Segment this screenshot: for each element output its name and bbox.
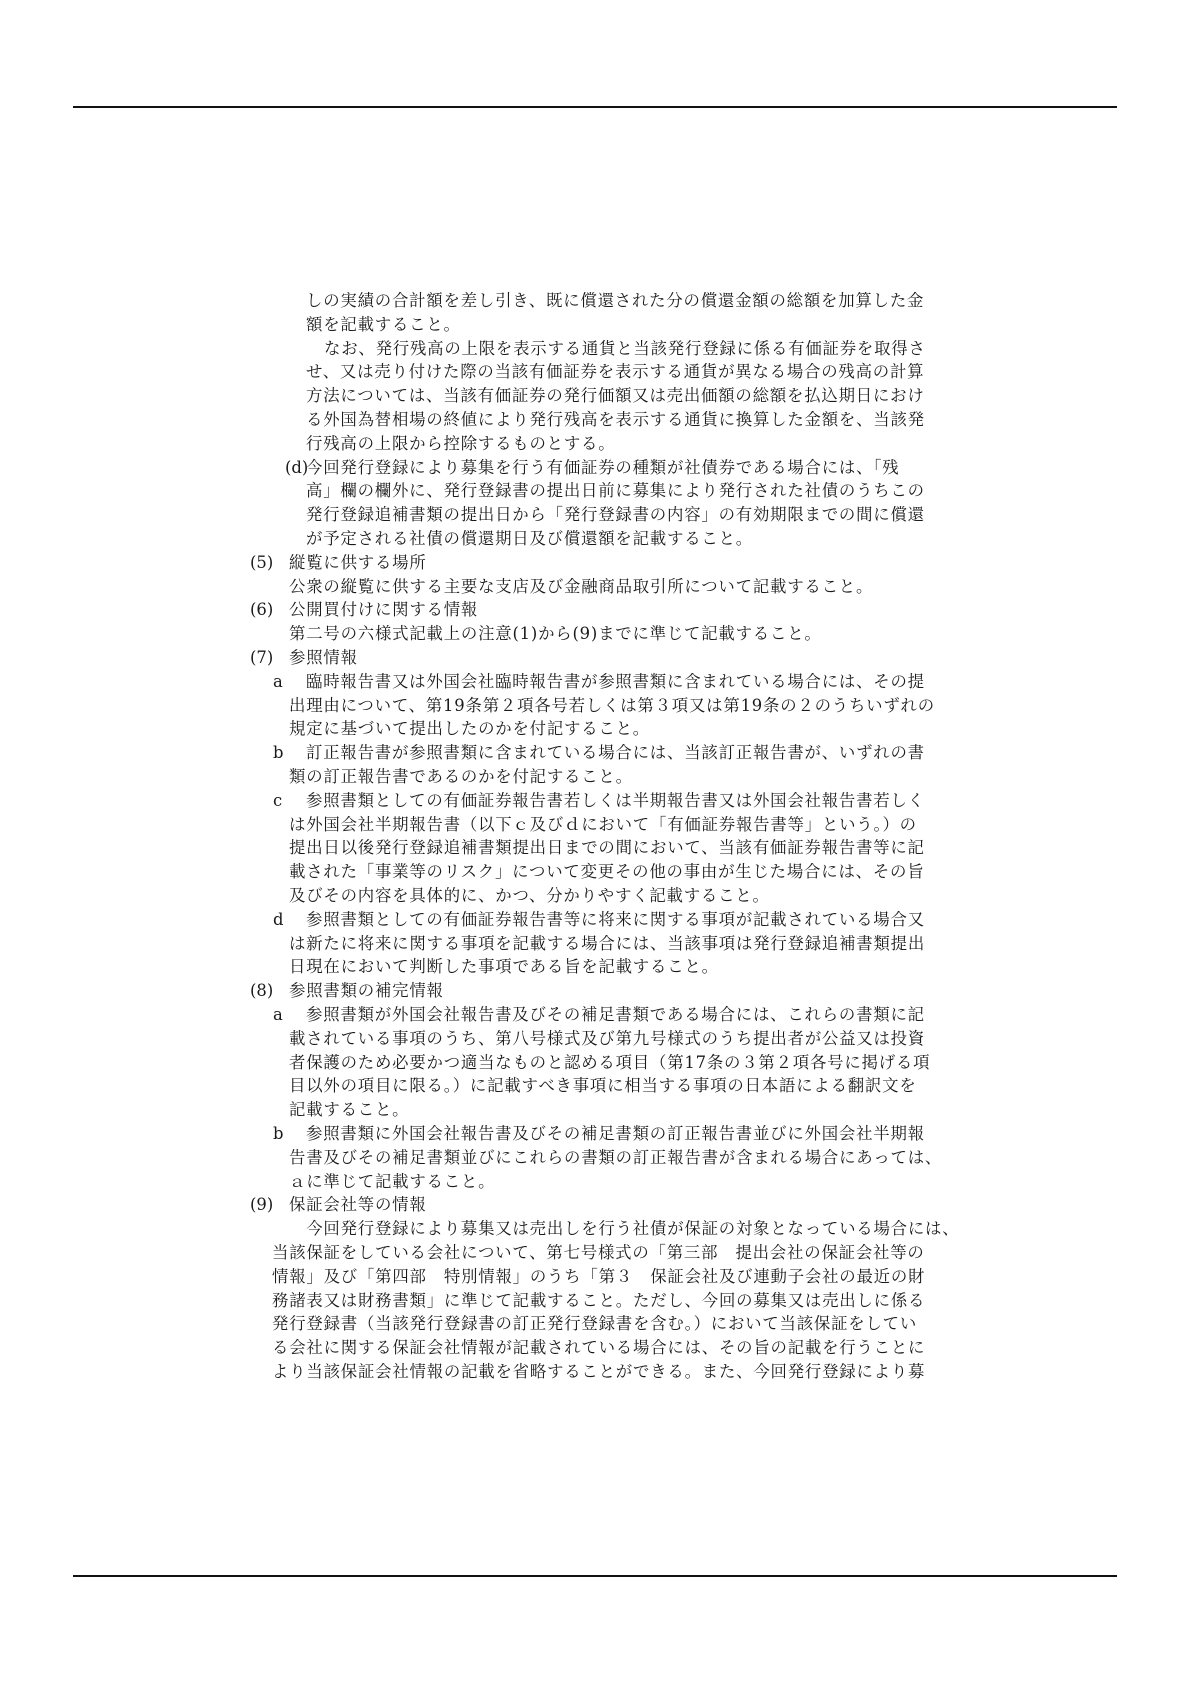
text-line: は外国会社半期報告書（以下ｃ及びｄにおいて「有価証券報告書等」という。）の [289,813,917,837]
text-line: る外国為替相場の終値により発行残高を表示する通貨に換算した金額を、当該発 [306,408,925,432]
text-line: が予定される社債の償還期日及び償還額を記載すること。 [306,527,753,551]
text-line: 参照書類が外国会社報告書及びその補足書類である場合には、これらの書類に記 [306,1003,925,1027]
text-line: 発行登録書（当該発行登録書の訂正発行登録書を含む。）において当該保証をしてい [272,1312,917,1336]
text-line: 高」欄の欄外に、発行登録書の提出日前に募集により発行された社債のうちこの [306,479,925,503]
header-rule [73,106,1117,108]
text-line: 提出日以後発行登録追補書類提出日までの間において、当該有価証券報告書等に記 [289,836,925,860]
text-line: 類の訂正報告書であるのかを付記すること。 [289,765,633,789]
text-line: は新たに将来に関する事項を記載する場合には、当該事項は発行登録追補書類提出 [289,932,925,956]
item-marker: (6) [250,598,273,622]
text-line: 参照書類としての有価証券報告書若しくは半期報告書又は外国会社報告書若しく [306,789,925,813]
item-marker: (5) [250,551,273,575]
text-line: る会社に関する保証会社情報が記載されている場合には、その旨の記載を行うことに [272,1336,925,1360]
text-line: 参照書類に外国会社報告書及びその補足書類の訂正報告書並びに外国会社半期報 [306,1122,925,1146]
item-marker: a [273,1003,283,1027]
text-line: 公衆の縦覧に供する主要な支店及び金融商品取引所について記載すること。 [289,575,873,599]
item-marker: b [273,741,284,765]
text-line: 日現在において判断した事項である旨を記載すること。 [289,955,719,979]
text-line: 訂正報告書が参照書類に含まれている場合には、当該訂正報告書が、いずれの書 [306,741,925,765]
text-line: 参照書類の補完情報 [289,979,444,1003]
text-line: 当該保証をしている会社について、第七号様式の「第三部 提出会社の保証会社等の [272,1241,925,1265]
text-line: 載されている事項のうち、第八号様式及び第九号様式のうち提出者が公益又は投資 [289,1027,925,1051]
text-line: 及びその内容を具体的に、かつ、分かりやすく記載すること。 [289,884,770,908]
text-line: 規定に基づいて提出したのかを付記すること。 [289,717,650,741]
text-line: 情報」及び「第四部 特別情報」のうち「第３ 保証会社及び連動子会社の最近の財 [272,1265,925,1289]
text-line: 出理由について、第19条第２項各号若しくは第３項又は第19条の２のうちいずれの [289,694,935,718]
text-line: 公開買付けに関する情報 [289,598,478,622]
text-line: 告書及びその補足書類並びにこれらの書類の訂正報告書が含まれる場合にあっては、 [289,1146,942,1170]
text-line: 保証会社等の情報 [289,1193,427,1217]
text-line: 参照情報 [289,646,358,670]
text-line: 臨時報告書又は外国会社臨時報告書が参照書類に含まれている場合には、その提 [306,670,925,694]
text-line: 額を記載すること。 [306,313,461,337]
text-line: 載された「事業等のリスク」について変更その他の事由が生じた場合には、その旨 [289,860,924,884]
text-line: より当該保証会社情報の記載を省略することができる。また、今回発行登録により募 [272,1360,925,1384]
text-line: 務諸表又は財務書類」に準じて記載すること。ただし、今回の募集又は売出しに係る [272,1289,925,1313]
item-marker: (8) [250,979,273,1003]
item-marker: b [273,1122,284,1146]
item-marker: (9) [250,1193,273,1217]
text-line: 今回発行登録により募集又は売出しを行う社債が保証の対象となっている場合には、 [289,1217,959,1241]
text-line: ａに準じて記載すること。 [289,1170,495,1194]
item-marker: a [273,670,283,694]
text-line: 方法については、当該有価証券の発行価額又は売出価額の総額を払込期日におけ [306,384,925,408]
text-line: なお、発行残高の上限を表示する通貨と当該発行登録に係る有価証券を取得さ [324,337,926,361]
text-line: せ、又は売り付けた際の当該有価証券を表示する通貨が異なる場合の残高の計算 [306,360,924,384]
text-line: 記載すること。 [289,1098,409,1122]
text-line: しの実績の合計額を差し引き、既に償還された分の償還金額の総額を加算した金 [306,289,924,313]
footer-rule [73,1575,1117,1577]
text-line: 今回発行登録により募集を行う有価証券の種類が社債券である場合には、「残 [306,456,899,480]
text-line: 発行登録追補書類の提出日から「発行登録書の内容」の有効期限までの間に償還 [306,503,925,527]
text-line: 第二号の六様式記載上の注意(1)から(9)までに準じて記載すること。 [289,622,822,646]
text-line: 参照書類としての有価証券報告書等に将来に関する事項が記載されている場合又 [306,908,925,932]
text-line: 者保護のため必要かつ適当なものと認める項目（第17条の３第２項各号に掲げる項 [289,1051,930,1075]
text-line: 目以外の項目に限る。）に記載すべき事項に相当する事項の日本語による翻訳文を [289,1074,917,1098]
item-marker: (7) [250,646,273,670]
item-marker: d [273,908,284,932]
text-line: 縦覧に供する場所 [289,551,427,575]
item-marker: (d) [285,456,308,480]
text-line: 行残高の上限から控除するものとする。 [306,432,615,456]
item-marker: c [273,789,282,813]
